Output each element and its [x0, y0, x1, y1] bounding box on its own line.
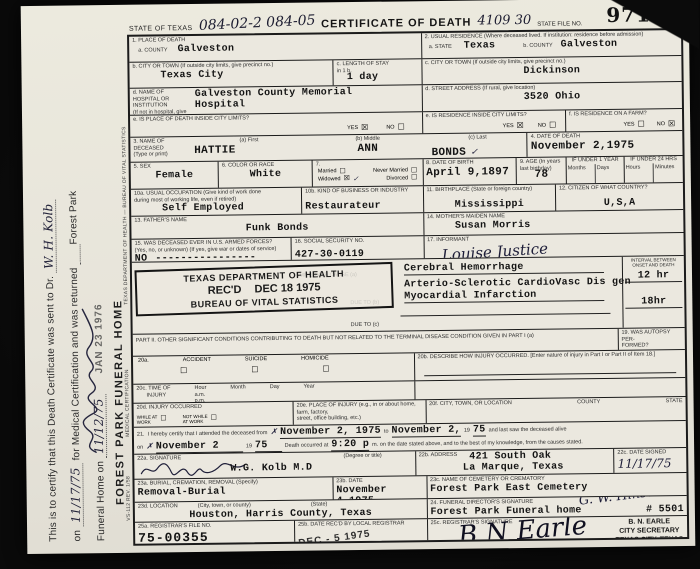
suicide-checkbox: ☐: [251, 366, 258, 374]
death-certificate-form: STATE OF TEXAS 084-02-2 084-05 CERTIFICA…: [127, 2, 690, 551]
due-to-b-interval: 18hr: [625, 296, 682, 309]
business-cell: 10b. KIND OF BUSINESS OR INDUSTRY Restau…: [302, 186, 424, 213]
cause-of-death-cell: TEXAS DEPARTMENT OF HEALTH REC'D DEC 18 …: [132, 256, 685, 334]
registrar-signature-cell: 25c. REGISTRAR'S SIGNATURE B N Earle B. …: [428, 516, 688, 540]
photo-corner-shadow: [568, 0, 699, 61]
autopsy-cell: 19. WAS AUTOPSY PER- FORMED? YES☐ NO☒: [618, 328, 684, 350]
birthplace-label: 11. BIRTHPLACE (State or foreign country…: [426, 186, 552, 194]
edge-medical-strip: MEDICAL CERTIFICATION: [124, 369, 131, 437]
cert-alive-year: 75: [255, 440, 282, 452]
injury-occurred-label: 20d. INJURY OCCURRED: [137, 403, 290, 411]
residence-city-limits-cell: e. IS RESIDENCE INSIDE CITY LIMITS? YES☒…: [423, 110, 567, 133]
describe-injury-label: 20b. DESCRIBE HOW INJURY OCCURRED. [Ente…: [417, 351, 682, 361]
cert-19-label-1: 19: [464, 428, 470, 435]
year-label: Year: [303, 384, 314, 400]
margin-funeral-home-text: Funeral Home on: [95, 461, 107, 541]
registrar-file-value: 75-00355: [138, 528, 291, 543]
informant-cell: 17. INFORMANT Louise Justice: [424, 233, 684, 258]
widowed-checkmark: ✓: [353, 175, 359, 183]
divorced-label: Divorced: [386, 175, 408, 181]
immediate-cause-value: Cerebral Hemorrhage: [404, 261, 604, 275]
accident-label: ACCIDENT: [183, 357, 211, 363]
certificate-paper: This is to certify that this Death Certi…: [21, 0, 696, 554]
margin-dotted-blank: [69, 244, 81, 264]
margin-sent-date-handwritten: 11/17/75: [68, 463, 84, 527]
residence-city-limits-label: e. IS RESIDENCE INSIDE CITY LIMITS?: [426, 111, 563, 119]
registrar-date-cell: 25b. DATE REC'D BY LOCAL REGISTRAR DEC -…: [295, 519, 428, 542]
last-name-cell: (c) Last BONDS ✓: [428, 133, 528, 158]
injury-20a-label: 20a.: [138, 358, 149, 364]
place-county-value: Galveston: [177, 43, 234, 55]
residence-state-label: a. STATE: [429, 43, 452, 50]
autopsy-label-line1: 19. WAS AUTOPSY PER-: [621, 329, 681, 343]
date-signed-cell: 22c. DATE SIGNED 11/17/75: [614, 448, 686, 473]
form-grid: 1. PLACE OF DEATH a. COUNTY Galveston 2.…: [127, 28, 689, 546]
injury-state-label: STATE: [666, 398, 683, 405]
burial-location-cell: 23d. LOCATION (City, town, or county) (S…: [135, 499, 428, 522]
funeral-director-cell: 24. FUNERAL DIRECTOR'S SIGNATURE Forest …: [427, 496, 687, 518]
registrar-typed-block: B. N. EARLE CITY SECRETARY TEXAS CITY, T…: [615, 517, 683, 540]
day-label: Day: [270, 384, 280, 400]
residence-limits-no-checkbox: ☐: [549, 121, 556, 129]
injury-city-label: 20f. CITY, TOWN, OR LOCATION: [429, 400, 512, 408]
time-of-injury-cell: 20c. TIME OF INJURY Hour a.m. p.m. Month…: [133, 381, 415, 402]
residence-county-label: b. COUNTY: [523, 42, 552, 49]
death-limits-no-checkbox: ☐: [398, 123, 405, 131]
citizen-cell: 12. CITIZEN OF WHAT COUNTRY? U,S,A: [556, 183, 683, 211]
place-city-value: Texas City: [160, 68, 329, 81]
margin-certify-line: This is to certify that this Death Certi…: [41, 200, 59, 542]
cemetery-value: Forest Park East Cemetery: [430, 481, 684, 495]
handwritten-numbers: 4109 30: [477, 13, 531, 29]
ssn-value: 427-30-0119: [295, 248, 421, 260]
residence-state-value: Texas: [464, 40, 496, 51]
margin-certify-text: This is to certify that this Death Certi…: [45, 276, 59, 542]
edge-form-number: VS-112 REV. 1/58: [125, 476, 132, 521]
armed-forces-dashes: ----------------: [155, 252, 256, 261]
due-to-c-blank-line: [400, 313, 610, 317]
physician-address-cell: 22b. ADDRESS 421 South Oak La Marque, Te…: [416, 449, 615, 475]
burial-type-cell: 23a. BURIAL, CREMATION, REMOVAL (Specify…: [134, 477, 333, 501]
part2-label: PART II. OTHER SIGNIFICANT CONDITIONS CO…: [136, 332, 615, 344]
death-city-limits-cell: e. IS PLACE OF DEATH INSIDE CITY LIMITS?…: [130, 112, 423, 137]
degree-label: (Degree or title): [343, 452, 411, 459]
cert-text-2: and last saw the deceased alive: [489, 426, 567, 434]
death-city-limits-label: e. IS PLACE OF DEATH INSIDE CITY LIMITS?: [133, 113, 419, 123]
cert-number-label: 21.: [137, 432, 145, 439]
last-name-checkmark: ✓: [470, 147, 478, 157]
minutes-label: Minutes: [654, 163, 683, 183]
date-signed-value: 11/17/75: [617, 456, 683, 471]
interval-label-line2: ONSET AND DEATH: [625, 262, 682, 268]
cert-alive-date: November 2: [156, 440, 243, 453]
injury-occurred-cell: 20d. INJURY OCCURRED WHILE AT WORK ☐ NOT…: [134, 402, 294, 427]
yes-label: YES: [347, 125, 358, 131]
hospital-cell: d. NAME OF HOSPITAL OR INSTITUTION (If n…: [130, 85, 423, 115]
cert-to-year: 75: [473, 424, 486, 436]
type-or-print-label: (Type or print): [133, 151, 188, 158]
no-label: NO: [657, 121, 665, 127]
hospital-value-line2: Hospital: [195, 98, 353, 111]
cert-to-date: November 2,: [391, 425, 460, 438]
length-of-stay-value: 1 day: [347, 71, 418, 83]
marital-status-cell: 7. Married☐ Never Married☐ Widowed☒✓ Div…: [313, 159, 424, 186]
ssn-cell: 16. SOCIAL SECURITY NO. 427-30-0119: [292, 236, 425, 260]
middle-name-cell: (b) Middle ANN: [307, 134, 429, 159]
divorced-checkbox: ☐: [411, 174, 417, 181]
time-of-injury-label2: INJURY: [146, 392, 170, 399]
margin-forest-park-text: Forest Park: [68, 191, 80, 245]
residence-farm-cell: f. IS RESIDENCE ON A FARM? YES☐ NO☒: [566, 109, 682, 131]
middle-name-value: ANN: [310, 142, 426, 155]
place-city-cell: b. CITY OR TOWN (If outside city limits,…: [129, 60, 334, 87]
due-to-b-value-line2: Myocardial Infarction: [404, 289, 604, 303]
race-cell: 6. COLOR OR RACE White: [219, 161, 313, 188]
edge-form-number-text: VS-112 REV. 1/58: [125, 476, 132, 521]
citizen-value: U,S,A: [559, 197, 680, 209]
month-label: Month: [230, 384, 245, 400]
accident-checkbox: ☐: [180, 367, 187, 375]
sex-value: Female: [134, 169, 215, 181]
hospital-value-line1: Galveston County Memorial: [195, 87, 353, 100]
cert-death-occurred-label: Death occurred at: [285, 442, 329, 449]
under-24-hrs-cell: IF UNDER 24 HRS Hours Minutes: [625, 156, 683, 183]
while-at-work-checkbox: ☐: [160, 415, 166, 422]
describe-injury-blank-line: [424, 372, 676, 376]
hours-label: Hours: [625, 163, 655, 183]
not-while-at-work-checkbox: ☐: [211, 415, 217, 422]
place-county-label: a. COUNTY: [138, 47, 167, 54]
scanned-death-certificate: This is to certify that this Death Certi…: [0, 0, 700, 569]
widowed-label: Widowed: [318, 176, 341, 182]
burial-date-cell: 23b. DATE November 4,1975: [333, 476, 427, 499]
immediate-cause-interval: 12 hr: [625, 270, 682, 283]
first-name-cell: (a) First HATTIE: [191, 136, 307, 161]
registrar-city: TEXAS CITY, TEXAS: [615, 535, 683, 540]
birthplace-value: Mississippi: [427, 198, 553, 211]
last-name-value: BONDS: [431, 146, 466, 158]
no-label: NO: [538, 122, 546, 128]
registrar-date-stamp: DEC - 5 1975: [298, 528, 371, 542]
describe-injury-cell: 20b. DESCRIBE HOW INJURY OCCURRED. [Ente…: [414, 350, 685, 380]
suicide-label: SUICIDE: [245, 356, 267, 362]
registrar-date-label: 25b. DATE REC'D BY LOCAL REGISTRAR: [298, 520, 424, 528]
stamp-recd-label: REC'D: [208, 284, 242, 297]
injury-county-label: COUNTY: [577, 399, 600, 406]
citizen-label: 12. CITIZEN OF WHAT COUNTRY?: [559, 184, 680, 192]
mother-name-value: Susan Morris: [455, 218, 681, 232]
physician-name-value: W.G. Kolb M.D: [230, 463, 312, 475]
length-of-stay-cell: c. LENGTH OF STAY in 1 b. 1 day: [334, 59, 423, 85]
cert-19-label-2: 19: [246, 443, 252, 450]
ssn-label: 16. SOCIAL SECURITY NO.: [295, 237, 421, 245]
hour-label: Hour: [194, 385, 206, 392]
not-while-label2: AT WORK: [183, 418, 204, 423]
state-of-texas-label: STATE OF TEXAS: [129, 25, 193, 33]
place-of-injury-cell: 20e. PLACE OF INJURY (e.g., in or about …: [294, 400, 427, 425]
burial-type-value: Removal-Burial: [138, 485, 330, 498]
armed-forces-cell: 15. WAS DECEASED EVER IN U.S. ARMED FORC…: [132, 238, 292, 262]
race-value: White: [222, 168, 309, 180]
hospital-sublabel: (If not in hospital, give street address…: [133, 109, 195, 115]
sex-cell: 5. SEX Female: [131, 162, 220, 189]
yes-label: YES: [503, 123, 514, 129]
address-label: 22b. ADDRESS: [419, 452, 458, 463]
months-label: Months: [567, 164, 596, 184]
location-label: 23d. LOCATION: [138, 503, 178, 510]
residence-farm-label: f. IS RESIDENCE ON A FARM?: [569, 110, 679, 118]
physician-signature-cell: 22a. SIGNATURE (Degree or title) W.G. Ko…: [134, 451, 416, 478]
date-of-birth-value: April 9,1897: [426, 166, 513, 179]
injury-location-cell: 20f. CITY, TOWN, OR LOCATION COUNTY STAT…: [426, 397, 686, 423]
married-label: Married: [318, 168, 337, 174]
time-of-injury-label1: 20c. TIME OF: [136, 385, 170, 392]
age-cell: 9. AGE (In years last birthday) 78: [517, 157, 567, 184]
cert-x-mark-1: ✗: [270, 427, 277, 436]
death-limits-yes-checkbox: ☒: [361, 123, 368, 131]
place-of-injury-sublabel: street, office building, etc.): [297, 414, 423, 422]
yes-label: YES: [623, 121, 634, 127]
location-sublabel-2: (State): [311, 501, 328, 508]
no-label: NO: [386, 124, 394, 130]
residence-limits-yes-checkbox: ☒: [517, 122, 524, 130]
registrar-file-cell: 25a. REGISTRAR'S FILE NO. 75-00355: [135, 521, 295, 544]
funeral-director-value: Forest Park Funeral home: [430, 505, 581, 518]
autopsy-label-line2: FORMED?: [622, 342, 682, 349]
father-name-cell: 13. FATHER'S NAME Funk Bonds: [131, 213, 424, 239]
business-value: Restaurateur: [305, 200, 420, 212]
cert-x-mark-2: ✗: [146, 442, 153, 451]
farm-no-checkbox: ☒: [668, 120, 675, 128]
occupation-value: Self Employed: [162, 202, 298, 215]
cert-to-label: to: [384, 429, 389, 436]
street-address-cell: d. STREET ADDRESS (If rural, give locati…: [422, 82, 682, 111]
time-of-injury-blank-cell: [415, 378, 686, 399]
homicide-label: HOMICIDE: [301, 355, 329, 361]
place-of-death-county-cell: 1. PLACE OF DEATH a. COUNTY Galveston: [129, 33, 422, 62]
occupation-cell: 10a. USUAL OCCUPATION (Give kind of work…: [131, 188, 302, 216]
first-name-value: HATTIE: [194, 143, 304, 156]
farm-yes-checkbox: ☐: [637, 120, 644, 128]
cert-from-date: November 2, 1975: [280, 426, 381, 439]
mother-name-cell: 14. MOTHER'S MAIDEN NAME Susan Morris: [424, 210, 684, 235]
certificate-title: CERTIFICATE OF DEATH: [321, 17, 472, 31]
due-to-c-label: DUE TO (c): [351, 322, 380, 329]
under-1-year-cell: IF UNDER 1 YEAR Months Days: [567, 157, 625, 184]
stamp-received-date: DEC 18 1975: [254, 281, 320, 295]
cert-text-1: I hereby certify that I attended the dec…: [148, 430, 268, 438]
address-value-line2: La Marque, Texas: [463, 461, 611, 474]
cause-of-death-block: TEXAS DEPARTMENT OF HEALTH REC'D DEC 18 …: [132, 256, 685, 335]
homicide-checkbox: ☐: [322, 365, 329, 373]
hospital-label-2: HOSPITAL OR INSTITUTION: [133, 96, 195, 110]
cert-death-time: 9:20 p: [331, 439, 369, 451]
armed-forces-value: NO: [135, 254, 148, 262]
edge-medical-strip-text: MEDICAL CERTIFICATION: [124, 369, 131, 437]
cert-on-label: on: [137, 445, 143, 452]
funeral-director-number: # 5501: [646, 504, 684, 515]
dept-of-health-received-stamp: TEXAS DEPARTMENT OF HEALTH REC'D DEC 18 …: [134, 262, 393, 317]
cert-text-3: m. on the date stated above, and to the …: [372, 439, 583, 448]
widowed-checkbox: ☒: [344, 175, 350, 182]
accident-suicide-homicide-cell: 20a. ACCIDENT SUICIDE HOMICIDE ☐ ☐ ☐: [133, 353, 415, 383]
margin-doctor-name-handwritten: W. H. Kolb: [41, 200, 57, 274]
name-label-cell: 3. NAME OF DECEASED (Type or print): [130, 137, 191, 162]
margin-handwritten-signature: [76, 305, 104, 455]
business-label: 10b. KIND OF BUSINESS OR INDUSTRY: [305, 187, 420, 195]
while-at-work-label2: WORK: [137, 419, 151, 424]
birthplace-cell: 11. BIRTHPLACE (State or foreign country…: [423, 185, 556, 213]
interval-column: INTERVAL BETWEEN ONSET AND DEATH 12 hr 1…: [622, 256, 685, 328]
handwritten-district-code: 084-02-2 084-05: [198, 12, 315, 33]
margin-on-text: on: [72, 530, 83, 542]
burial-date-value: November 4,1975: [336, 484, 423, 500]
date-of-death-value: November 2,1975: [531, 139, 680, 153]
date-of-death-cell: 4. DATE OF DEATH November 2,1975: [528, 131, 683, 157]
date-of-birth-cell: 8. DATE OF BIRTH April 9,1897: [423, 158, 517, 185]
age-label: 9. AGE (In years: [520, 158, 563, 165]
registrar-signature-handwritten: B N Earle: [457, 516, 588, 540]
never-married-label: Never Married: [373, 167, 408, 173]
cemetery-cell: 23c. NAME OF CEMETERY OR CREMATORY Fores…: [427, 473, 687, 498]
days-label: Days: [596, 163, 624, 183]
